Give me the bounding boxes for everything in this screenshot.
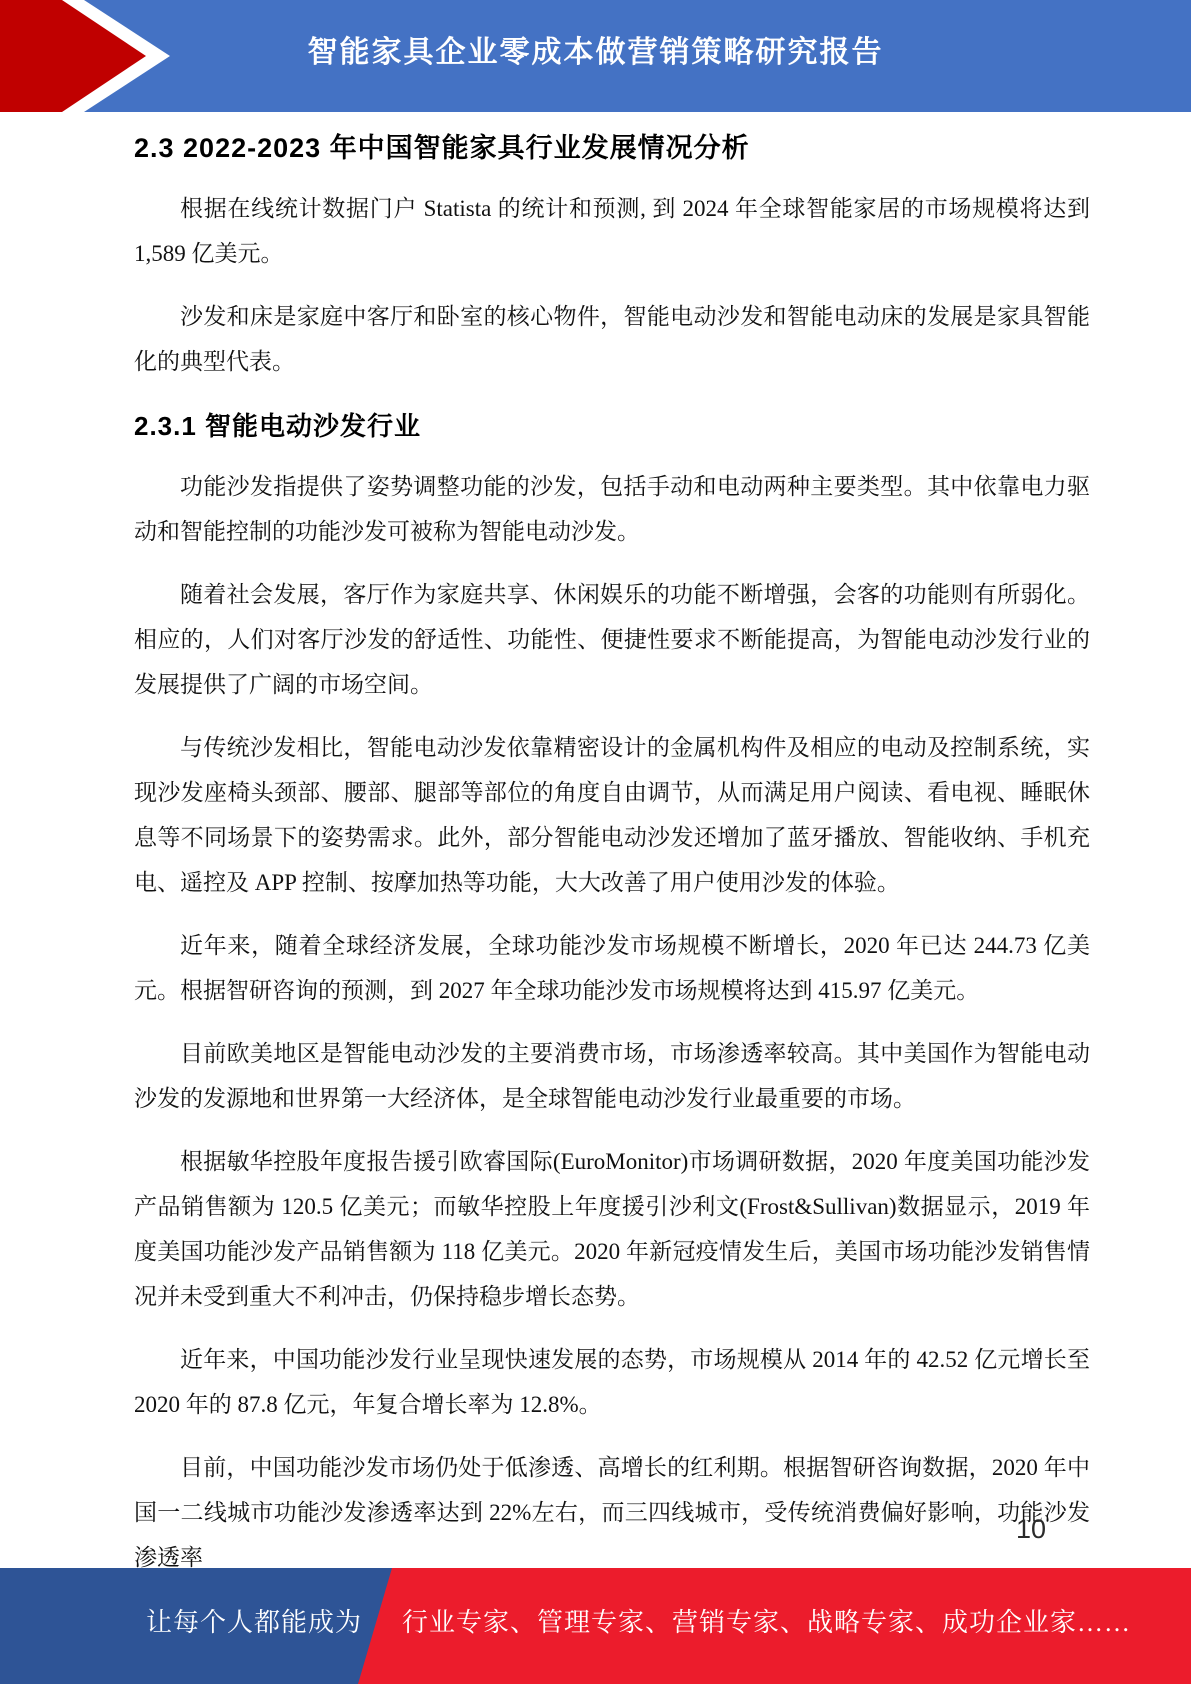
paragraph: 随着社会发展，客厅作为家庭共享、休闲娱乐的功能不断增强，会客的功能则有所弱化。相… <box>134 572 1090 707</box>
paragraph: 功能沙发指提供了姿势调整功能的沙发，包括手动和电动两种主要类型。其中依靠电力驱动… <box>134 464 1090 554</box>
report-title: 智能家具企业零成本做营销策略研究报告 <box>0 0 1191 112</box>
paragraph: 近年来，随着全球经济发展，全球功能沙发市场规模不断增长，2020 年已达 244… <box>134 923 1090 1013</box>
footer-slogan-right: 行业专家、管理专家、营销专家、战略专家、成功企业家…… <box>402 1568 1131 1684</box>
section-heading: 2.3 2022-2023 年中国智能家具行业发展情况分析 <box>134 128 1090 168</box>
paragraph: 根据在线统计数据门户 Statista 的统计和预测, 到 2024 年全球智能… <box>134 186 1090 276</box>
paragraph: 目前，中国功能沙发市场仍处于低渗透、高增长的红利期。根据智研咨询数据，2020 … <box>134 1445 1090 1580</box>
paragraph: 与传统沙发相比，智能电动沙发依靠精密设计的金属机构件及相应的电动及控制系统，实现… <box>134 725 1090 905</box>
page-number: 10 <box>1016 1514 1046 1545</box>
footer-slogan-left: 让每个人都能成为 <box>146 1568 362 1684</box>
document-body: 2.3 2022-2023 年中国智能家具行业发展情况分析 根据在线统计数据门户… <box>0 112 1191 1580</box>
page-header: 智能家具企业零成本做营销策略研究报告 <box>0 0 1191 112</box>
page-footer: 让每个人都能成为 行业专家、管理专家、营销专家、战略专家、成功企业家…… <box>0 1568 1191 1684</box>
paragraph: 根据敏华控股年度报告援引欧睿国际(EuroMonitor)市场调研数据，2020… <box>134 1139 1090 1319</box>
paragraph: 沙发和床是家庭中客厅和卧室的核心物件，智能电动沙发和智能电动床的发展是家具智能化… <box>134 294 1090 384</box>
subsection-heading: 2.3.1 智能电动沙发行业 <box>134 406 1090 446</box>
report-page: 智能家具企业零成本做营销策略研究报告 2.3 2022-2023 年中国智能家具… <box>0 0 1191 1684</box>
paragraph: 近年来，中国功能沙发行业呈现快速发展的态势，市场规模从 2014 年的 42.5… <box>134 1337 1090 1427</box>
paragraph: 目前欧美地区是智能电动沙发的主要消费市场，市场渗透率较高。其中美国作为智能电动沙… <box>134 1031 1090 1121</box>
